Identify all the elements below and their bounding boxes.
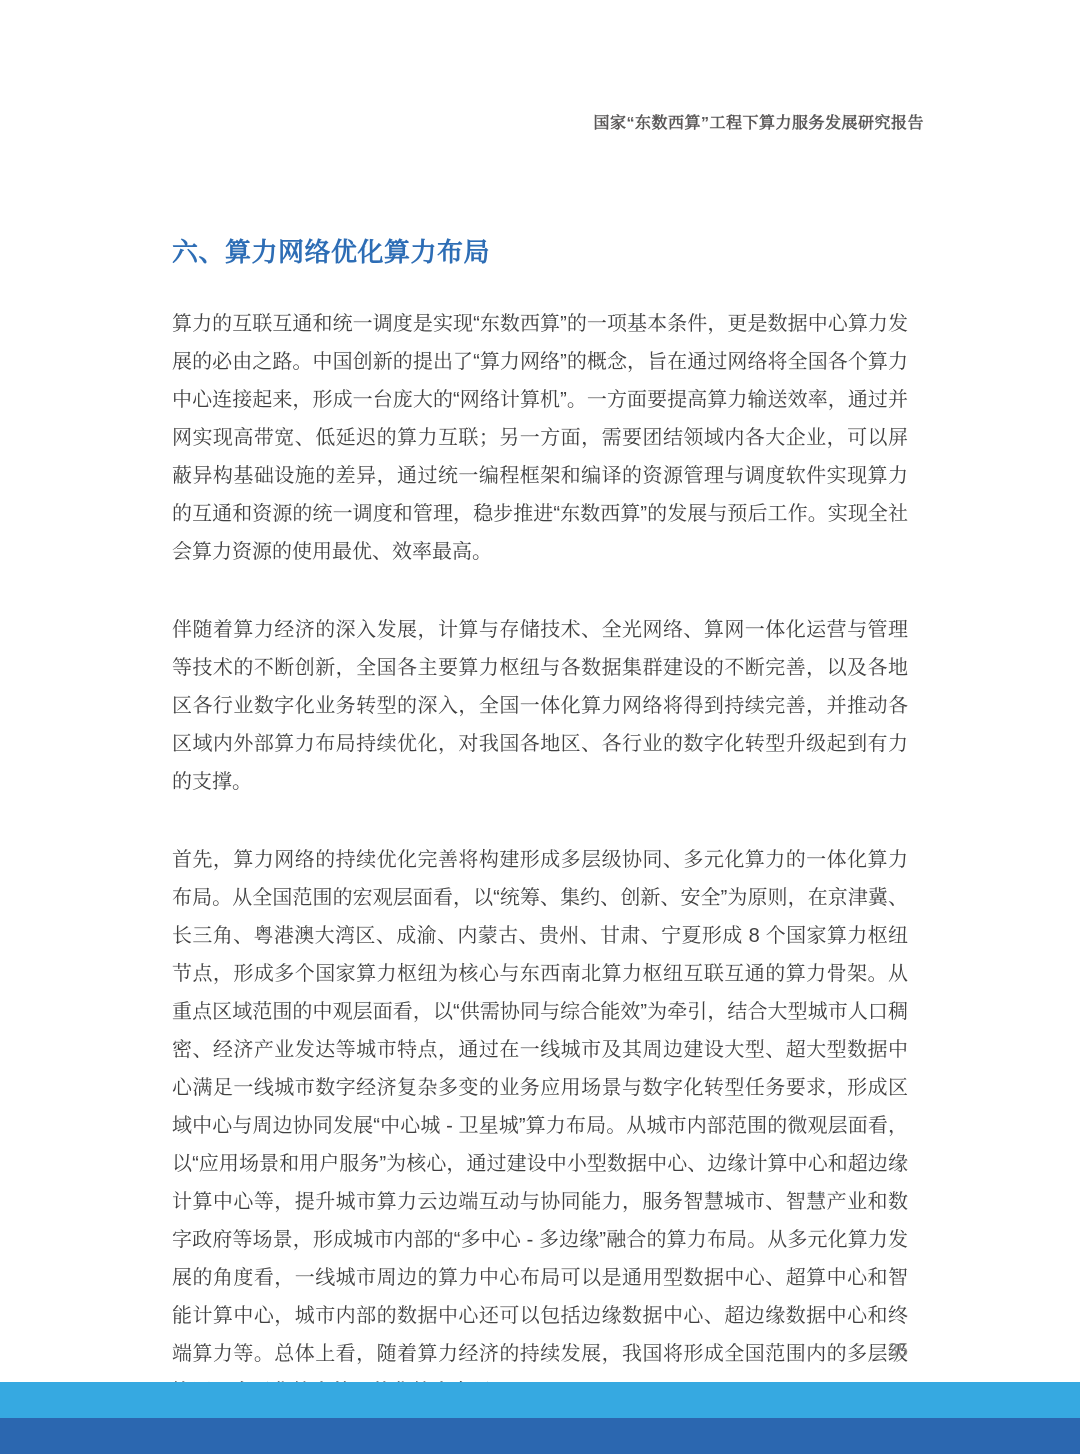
paragraph-2: 伴随着算力经济的深入发展，计算与存储技术、全光网络、算网一体化运营与管理等技术的…	[172, 611, 908, 801]
page-content: 六、算力网络优化算力布局 算力的互联互通和统一调度是实现“东数西算”的一项基本条…	[172, 236, 908, 1451]
report-page: 国家“东数西算”工程下算力服务发展研究报告 六、算力网络优化算力布局 算力的互联…	[0, 0, 1080, 1454]
report-title: 国家“东数西算”工程下算力服务发展研究报告	[593, 115, 924, 132]
page-header: 国家“东数西算”工程下算力服务发展研究报告	[172, 110, 924, 133]
paragraph-3: 首先，算力网络的持续优化完善将构建形成多层级协同、多元化算力的一体化算力布局。从…	[172, 841, 908, 1411]
paragraph-1: 算力的互联互通和统一调度是实现“东数西算”的一项基本条件，更是数据中心算力发展的…	[172, 305, 908, 571]
footer-band-dark	[0, 1418, 1080, 1454]
footer-band-light	[0, 1382, 1080, 1418]
section-heading: 六、算力网络优化算力布局	[172, 236, 908, 268]
page-number: 35	[888, 1340, 908, 1361]
